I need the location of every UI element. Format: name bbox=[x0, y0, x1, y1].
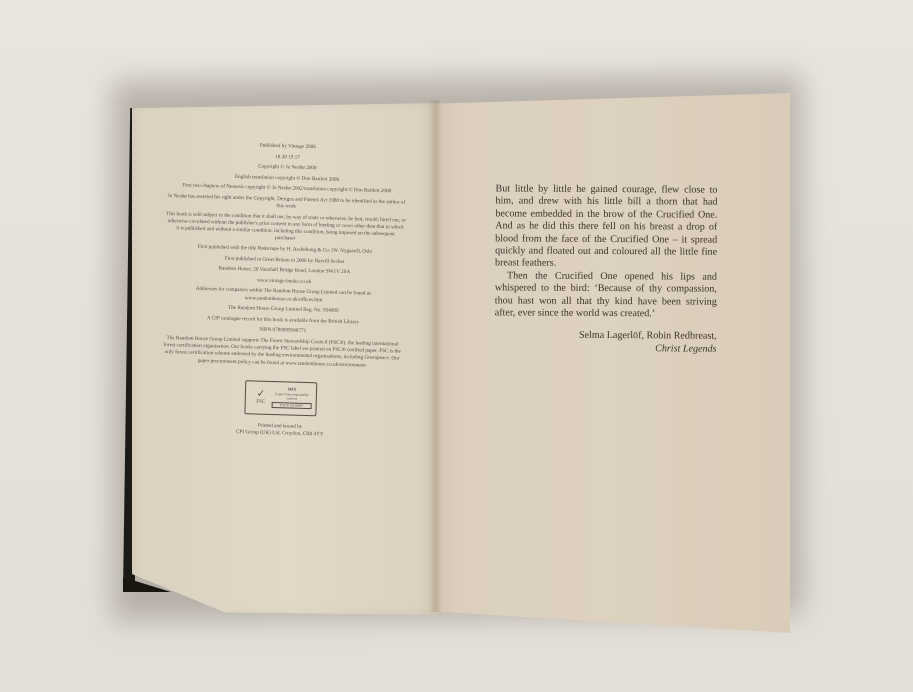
book-gutter bbox=[428, 100, 442, 612]
epigraph-paragraph: But little by little he gained courage, … bbox=[495, 183, 718, 271]
attribution-source: Christ Legends bbox=[494, 342, 716, 356]
fsc-logo: ✓ FSC MIX Paper from responsible sources… bbox=[244, 380, 317, 416]
copyright-imprint: Published by Vintage 2006 18 20 19 17 Co… bbox=[160, 140, 408, 444]
fsc-code: FSC® C018897 bbox=[272, 402, 312, 410]
attribution-author: Selma Lagerlöf, Robin Redbreast, bbox=[579, 330, 717, 342]
epigraph: But little by little he gained courage, … bbox=[494, 183, 717, 356]
epigraph-paragraph: Then the Crucified One opened his lips a… bbox=[495, 270, 717, 321]
epigraph-attribution: Selma Lagerlöf, Robin Redbreast, Christ … bbox=[494, 330, 716, 356]
imprint-line: The Random House Group Limited supports … bbox=[162, 335, 403, 371]
fsc-tree-icon: ✓ FSC bbox=[250, 389, 272, 406]
fsc-sublabel: Paper from responsible sources bbox=[272, 392, 312, 402]
fsc-info: MIX Paper from responsible sources FSC® … bbox=[272, 387, 313, 409]
imprint-line: This book is sold subject to the conditi… bbox=[165, 211, 406, 247]
fsc-brand: FSC bbox=[250, 399, 272, 406]
right-page bbox=[432, 93, 790, 633]
